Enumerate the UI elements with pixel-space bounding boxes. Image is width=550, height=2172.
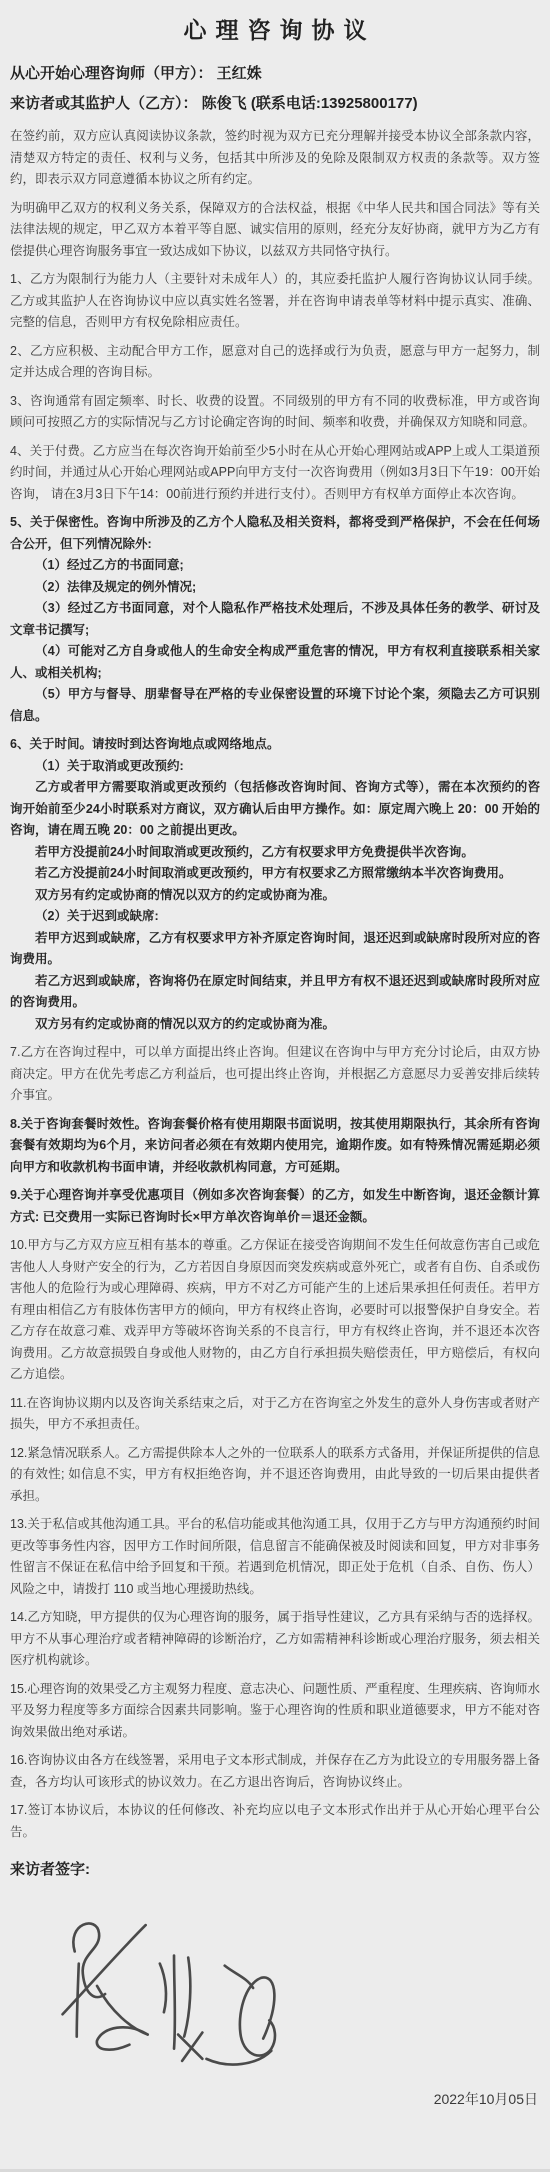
- clause-5-item-2: （2）法律及规定的例外情况;: [10, 577, 540, 599]
- clause-7: 7.乙方在咨询过程中，可以单方面提出终止咨询。但建议在咨询中与甲方充分讨论后，由…: [10, 1042, 540, 1107]
- clause-12: 12.紧急情况联系人。乙方需提供除本人之外的一位联系人的联系方式备用，并保证所提…: [10, 1443, 540, 1508]
- clause-3: 3、咨询通常有固定频率、时长、收费的设置。不同级别的甲方有不同的收费标准，甲方或…: [10, 391, 540, 434]
- clause-6-item-1-rule-b: 若乙方没提前24小时间取消或更改预约，甲方有权要求乙方照常缴纳本半次咨询费用。: [10, 863, 540, 885]
- signature-strokes: [63, 1923, 275, 2064]
- clause-6-item-1-rule-c: 双方另有约定或协商的情况以双方的约定或协商为准。: [10, 885, 540, 907]
- clause-17: 17.签订本协议后，本协议的任何修改、补充均应以电子文本形式作出并于从心开始心理…: [10, 1800, 540, 1843]
- clause-8: 8.关于咨询套餐时效性。咨询套餐价格有使用期限书面说明，按其使用期限执行，其余所…: [10, 1114, 540, 1179]
- clause-5: 5、关于保密性。咨询中所涉及的乙方个人隐私及相关资料，都将受到严格保护，不会在任…: [10, 512, 540, 555]
- intro-paragraph-2: 为明确甲乙双方的权利义务关系，保障双方的合法权益，根据《中华人民共和国合同法》等…: [10, 198, 540, 263]
- party-a-line: 从心开始心理咨询师（甲方）： 王红姝: [10, 59, 540, 89]
- clause-6-item-2: （2）关于迟到或缺席:: [10, 906, 540, 928]
- clause-15: 15.心理咨询的效果受乙方主观努力程度、意志决心、问题性质、严重程度、生理疾病、…: [10, 1679, 540, 1744]
- signature-date: 2022年10月05日: [10, 2069, 540, 2169]
- clause-4: 4、关于付费。乙方应当在每次咨询开始前至少5小时在从心开始心理网站或APP上或人…: [10, 441, 540, 506]
- clause-6-item-1-detail: 乙方或者甲方需要取消或更改预约（包括修改咨询时间、咨询方式等），需在本次预约的咨…: [10, 777, 540, 842]
- page-title: 心理咨询协议: [10, 12, 540, 45]
- clause-6-item-2-rule-c: 双方另有约定或协商的情况以双方的约定或协商为准。: [10, 1014, 540, 1036]
- clause-5-item-5: （5）甲方与督导、朋辈督导在严格的专业保密设置的环境下讨论个案，须隐去乙方可识别…: [10, 684, 540, 727]
- clause-14: 14.乙方知晓，甲方提供的仅为心理咨询的服务，属于指导性建议，乙方具有采纳与否的…: [10, 1607, 540, 1672]
- agreement-page: 心理咨询协议 从心开始心理咨询师（甲方）： 王红姝 来访者或其监护人（乙方）： …: [0, 0, 550, 2172]
- intro-paragraph-1: 在签约前，双方应认真阅读协议条款，签约时视为双方已充分理解并接受本协议全部条款内…: [10, 126, 540, 191]
- clause-6-item-2-rule-b: 若乙方迟到或缺席，咨询将仍在原定时间结束，并且甲方有权不退还迟到或缺席时段所对应…: [10, 971, 540, 1014]
- clause-6: 6、关于时间。请按时到达咨询地点或网络地点。: [10, 734, 540, 756]
- clause-1: 1、乙方为限制行为能力人（主要针对未成年人）的，其应委托监护人履行咨询协议认同手…: [10, 269, 540, 334]
- clause-5-item-1: （1）经过乙方的书面同意;: [10, 555, 540, 577]
- handwritten-signature: [52, 1917, 292, 2069]
- clause-16: 16.咨询协议由各方在线签署，采用电子文本形式制成，并保存在乙方为此设立的专用服…: [10, 1750, 540, 1793]
- clause-10: 10.甲方与乙方双方应互相有基本的尊重。乙方保证在接受咨询期间不发生任何故意伤害…: [10, 1235, 540, 1386]
- party-b-line: 来访者或其监护人（乙方）： 陈俊飞 (联系电话:13925800177): [10, 89, 540, 119]
- clause-6-item-1-rule-a: 若甲方没提前24小时间取消或更改预约，乙方有权要求甲方免费提供半次咨询。: [10, 842, 540, 864]
- clause-13: 13.关于私信或其他沟通工具。平台的私信功能或其他沟通工具，仅用于乙方与甲方沟通…: [10, 1514, 540, 1600]
- clause-11: 11.在咨询协议期内以及咨询关系结束之后，对于乙方在咨询室之外发生的意外人身伤害…: [10, 1393, 540, 1436]
- clause-6-item-1: （1）关于取消或更改预约:: [10, 756, 540, 778]
- visitor-signature-label: 来访者签字:: [10, 1859, 540, 1881]
- clause-2: 2、乙方应积极、主动配合甲方工作，愿意对自己的选择或行为负责，愿意与甲方一起努力…: [10, 341, 540, 384]
- clause-5-item-4: （4）可能对乙方自身或他人的生命安全构成严重危害的情况，甲方有权利直接联系相关家…: [10, 641, 540, 684]
- clause-9: 9.关于心理咨询并享受优惠项目（例如多次咨询套餐）的乙方，如发生中断咨询，退还金…: [10, 1185, 540, 1228]
- clause-6-item-2-rule-a: 若甲方迟到或缺席，乙方有权要求甲方补齐原定咨询时间，退还迟到或缺席时段所对应的咨…: [10, 928, 540, 971]
- clause-5-item-3: （3）经过乙方书面同意，对个人隐私作严格技术处理后，不涉及具体任务的教学、研讨及…: [10, 598, 540, 641]
